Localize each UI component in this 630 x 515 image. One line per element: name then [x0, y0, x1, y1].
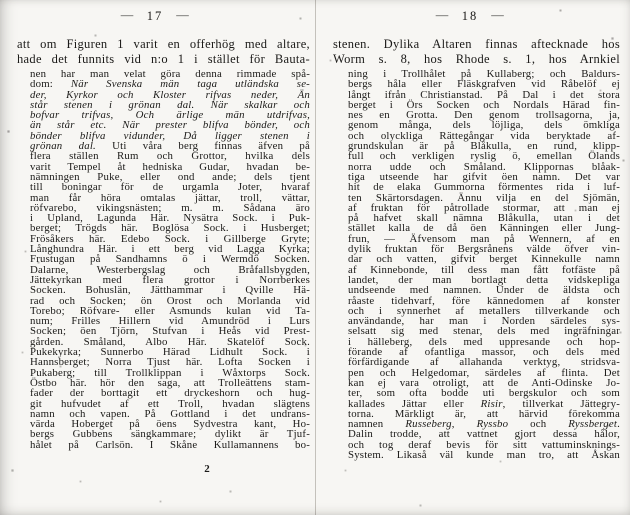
printer-signature-mark: 2 [187, 463, 227, 475]
left-page-note-block: nen har man velat göra denna rimmade spå… [30, 69, 310, 450]
text-line: hade det funnits vid n:o 1 i stället för… [17, 52, 310, 67]
text-line: Worm s. 8, hos Rhode s. 1, hos Arnkiel [333, 52, 620, 67]
left-page-intro-text: att om Figuren 1 varit en offerhög med a… [17, 37, 310, 67]
text-line: System. Likaså väl kunde man tro, att Ås… [348, 450, 620, 460]
right-page-note-block: ning i Trollhålet på Kullaberg; och Bald… [348, 69, 620, 460]
header-dash: — [491, 8, 504, 23]
left-page-header: —17— [0, 9, 310, 24]
right-page: —18— stenen. Dylika Altaren finnas aftec… [315, 0, 630, 515]
text-line: stenen. Dylika Altaren finnas aftecknade… [333, 37, 620, 52]
right-page-intro-text: stenen. Dylika Altaren finnas aftecknade… [333, 37, 620, 67]
book-scan-spread: —17— att om Figuren 1 varit en offerhög … [0, 0, 630, 515]
left-page-number: 17 [147, 9, 164, 23]
text-line: hålet på Carlsön. I Skåne Kullamannens b… [30, 440, 310, 450]
header-dash: — [436, 8, 449, 23]
right-page-header: —18— [315, 9, 625, 24]
header-dash: — [176, 8, 189, 23]
page-gutter-line [315, 0, 316, 515]
left-page: —17— att om Figuren 1 varit en offerhög … [0, 0, 315, 515]
right-page-number: 18 [462, 9, 479, 23]
text-line: att om Figuren 1 varit en offerhög med a… [17, 37, 310, 52]
header-dash: — [121, 8, 134, 23]
